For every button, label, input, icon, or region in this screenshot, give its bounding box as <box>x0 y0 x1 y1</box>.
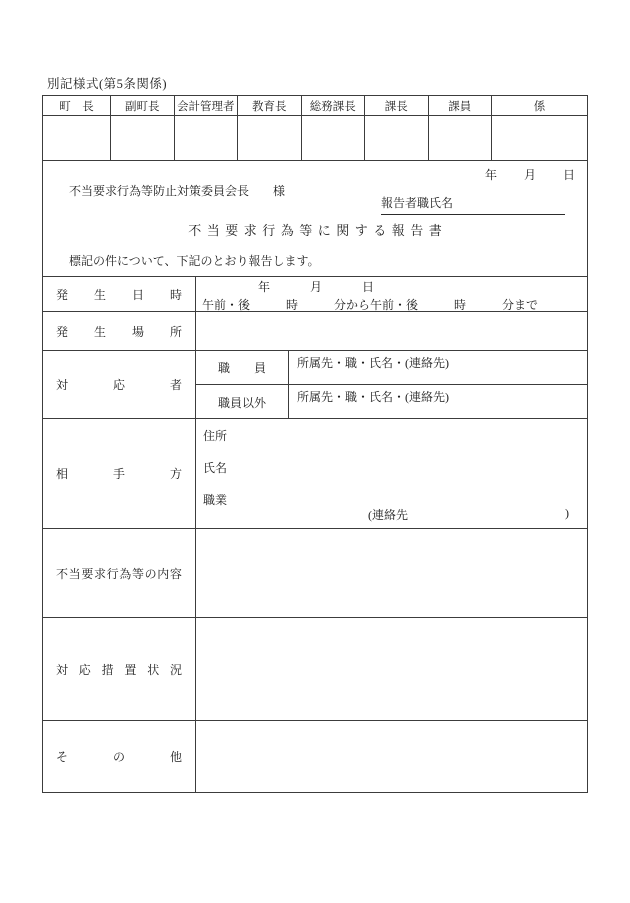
approval-header: 副町長 <box>111 96 174 116</box>
approval-stamp-cell <box>365 116 428 160</box>
approval-stamp-cell <box>43 116 110 160</box>
report-form-page: 別記様式(第5条関係) 町 長 副町長 会計管理者 教育長 総務課長 <box>0 0 630 903</box>
demand-content-label: 不当要求行為等の内容 <box>43 529 196 617</box>
approval-stamp-cell <box>111 116 174 160</box>
counterpart-address-label: 住所 <box>203 427 227 444</box>
letterhead: 年 月 日 不当要求行為等防止対策委員会長 様 報告者職氏名 不当要求行為等に関… <box>43 161 587 277</box>
approval-header: 総務課長 <box>302 96 365 116</box>
addressee-line: 不当要求行為等防止対策委員会長 様 <box>69 182 285 199</box>
measures-taken-field <box>196 618 587 720</box>
date-line: 年 月 日 <box>485 166 576 183</box>
row-responder: 対応者 職員 所属先・職・氏名・(連絡先) 職員以外 所属先・職・氏名・(連絡先… <box>43 351 587 419</box>
approval-stamp-cell <box>429 116 492 160</box>
responder-staff-detail: 所属先・職・氏名・(連絡先) <box>289 351 587 384</box>
datetime-date-line: 年 月 日 <box>196 277 587 295</box>
responder-staff-label: 職員 <box>196 351 289 384</box>
approval-stamp-table: 町 長 副町長 会計管理者 教育長 総務課長 課長 <box>43 96 587 161</box>
measures-taken-label: 対応措置状況 <box>43 618 196 720</box>
reporter-name-field: 報告者職氏名 <box>381 194 565 215</box>
form-border: 町 長 副町長 会計管理者 教育長 総務課長 課長 <box>42 95 588 793</box>
datetime-time-line: 午前・後 時 分から午前・後 時 分まで <box>196 295 587 313</box>
contact-open-paren: (連絡先 <box>368 506 408 523</box>
approval-stamp-cell <box>238 116 301 160</box>
approval-stamp-cell <box>302 116 365 160</box>
occurrence-location-field <box>196 312 587 350</box>
counterpart-occupation-label: 職業 <box>203 491 227 508</box>
responder-label: 対応者 <box>43 351 196 418</box>
occurrence-datetime-field: 年 月 日 午前・後 時 分から午前・後 時 分まで <box>196 277 587 311</box>
approval-stamp-cell <box>492 116 587 160</box>
approval-header: 町 長 <box>43 96 110 116</box>
occurrence-datetime-label: 発生日時 <box>43 277 196 311</box>
approval-column-general-affairs-chief: 総務課長 <box>302 96 366 160</box>
contact-close-paren: ) <box>565 506 569 523</box>
row-other: その他 <box>43 721 587 792</box>
approval-header: 課長 <box>365 96 428 116</box>
approval-column-accounting-manager: 会計管理者 <box>175 96 239 160</box>
responder-nonstaff-row: 職員以外 所属先・職・氏名・(連絡先) <box>196 385 587 419</box>
responder-staff-row: 職員 所属先・職・氏名・(連絡先) <box>196 351 587 385</box>
approval-header: 係 <box>492 96 587 116</box>
row-measures-taken: 対応措置状況 <box>43 618 587 721</box>
row-occurrence-location: 発生場所 <box>43 312 587 351</box>
intro-sentence: 標記の件について、下記のとおり報告します。 <box>69 252 320 269</box>
document-title: 不当要求行為等に関する報告書 <box>43 220 587 239</box>
form-note: 別記様式(第5条関係) <box>47 74 167 92</box>
approval-column-deputy-mayor: 副町長 <box>111 96 175 160</box>
row-demand-content: 不当要求行為等の内容 <box>43 529 587 618</box>
approval-stamp-cell <box>175 116 238 160</box>
approval-column-section-member: 課員 <box>429 96 493 160</box>
counterpart-contact-field: (連絡先 ) <box>368 506 569 523</box>
approval-column-clerk: 係 <box>492 96 587 160</box>
counterpart-field: 住所 氏名 職業 (連絡先 ) <box>196 419 587 528</box>
approval-header: 教育長 <box>238 96 301 116</box>
counterpart-name-label: 氏名 <box>203 459 227 476</box>
other-label: その他 <box>43 721 196 792</box>
row-counterpart: 相手方 住所 氏名 職業 (連絡先 ) <box>43 419 587 529</box>
responder-field: 職員 所属先・職・氏名・(連絡先) 職員以外 所属先・職・氏名・(連絡先) <box>196 351 587 418</box>
counterpart-label: 相手方 <box>43 419 196 528</box>
responder-nonstaff-label: 職員以外 <box>196 385 289 419</box>
responder-nonstaff-detail: 所属先・職・氏名・(連絡先) <box>289 385 587 419</box>
other-field <box>196 721 587 792</box>
demand-content-field <box>196 529 587 617</box>
approval-column-mayor: 町 長 <box>43 96 111 160</box>
approval-column-section-chief: 課長 <box>365 96 429 160</box>
approval-column-education-chief: 教育長 <box>238 96 302 160</box>
approval-header: 課員 <box>429 96 492 116</box>
approval-header: 会計管理者 <box>175 96 238 116</box>
row-occurrence-datetime: 発生日時 年 月 日 午前・後 時 分から午前・後 時 分まで <box>43 277 587 312</box>
occurrence-location-label: 発生場所 <box>43 312 196 350</box>
